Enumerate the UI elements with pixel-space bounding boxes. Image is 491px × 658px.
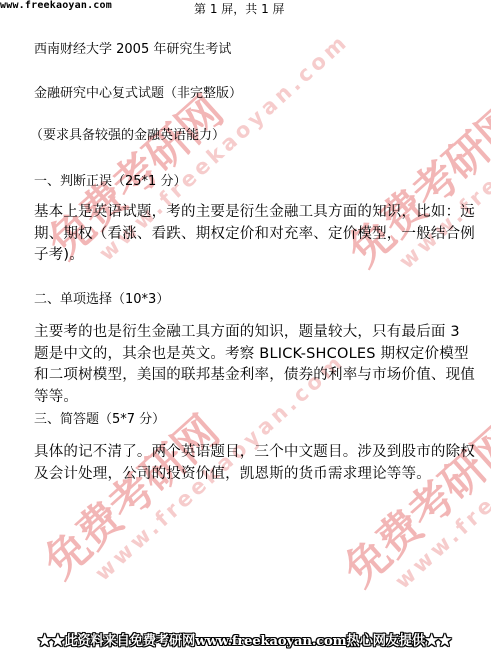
section-body: 主要考的也是衍生金融工具方面的知识，题量较大，只有最后面 3 题是中文的，其余也… <box>34 322 479 408</box>
section-body: 具体的记不清了。两个英语题目，三个中文题目。涉及到股市的除权及会计处理，公司的投… <box>34 442 479 485</box>
section-heading: 三、简答题（5*7 分） <box>34 412 165 427</box>
section-body: 基本上是英语试题，考的主要是衍生金融工具方面的知识，比如：远期、期权（看涨、看跌… <box>34 202 479 267</box>
site-url: www.freekaoyan.com <box>0 0 112 12</box>
section-heading: 二、单项选择（10*3） <box>34 292 169 307</box>
footer-banner: ★★此资料来自免费考研网www.freekaoyan.com热心网友提供★★ <box>38 632 490 650</box>
page-indicator: 第 1 屏，共 1 屏 <box>194 2 285 16</box>
document-note: （要求具备较强的金融英语能力） <box>30 128 225 143</box>
document-subtitle: 金融研究中心复式试题（非完整版） <box>34 86 242 101</box>
section-heading: 一、判断正误（25*1 分） <box>34 174 186 189</box>
document-title: 西南财经大学 2005 年研究生考试 <box>34 42 231 57</box>
